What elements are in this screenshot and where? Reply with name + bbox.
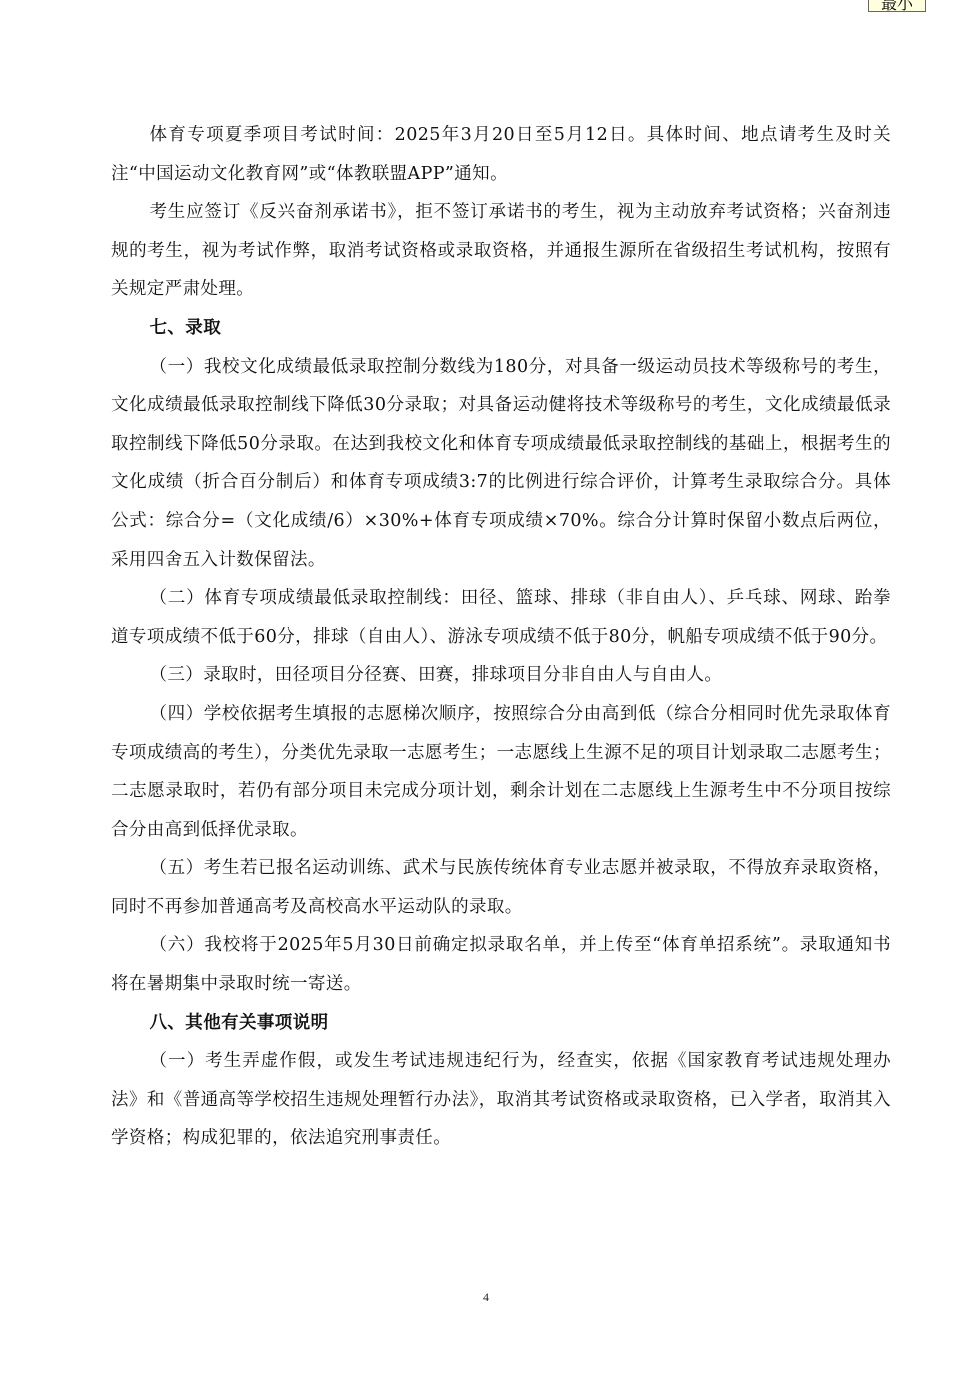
paragraph-other-1: （一）考生弄虚作假，或发生考试违规违纪行为，经查实，依据《国家教育考试违规处理办… <box>111 1042 891 1158</box>
section-heading-other-matters: 八、其他有关事项说明 <box>111 1004 891 1043</box>
paragraph-admission-4: （四）学校依据考生填报的志愿梯次顺序，按照综合分由高到低（综合分相同时优先录取体… <box>111 695 891 849</box>
minimize-button[interactable]: 最小化 <box>868 0 926 12</box>
page-number: 4 <box>0 1290 972 1305</box>
paragraph-admission-6: （六）我校将于2025年5月30日前确定拟录取名单，并上传至“体育单招系统”。录… <box>111 926 891 1003</box>
paragraph-anti-doping: 考生应签订《反兴奋剂承诺书》，拒不签订承诺书的考生，视为主动放弃考试资格；兴奋剂… <box>111 193 891 309</box>
paragraph-admission-2: （二）体育专项成绩最低录取控制线：田径、篮球、排球（非自由人）、乒乓球、网球、跆… <box>111 579 891 656</box>
document-page: 体育专项夏季项目考试时间：2025年3月20日至5月12日。具体时间、地点请考生… <box>111 116 891 1158</box>
paragraph-exam-time: 体育专项夏季项目考试时间：2025年3月20日至5月12日。具体时间、地点请考生… <box>111 116 891 193</box>
paragraph-admission-5: （五）考生若已报名运动训练、武术与民族传统体育专业志愿并被录取，不得放弃录取资格… <box>111 849 891 926</box>
section-heading-admission: 七、录取 <box>111 309 891 348</box>
paragraph-admission-3: （三）录取时，田径项目分径赛、田赛，排球项目分非自由人与自由人。 <box>111 656 891 695</box>
paragraph-admission-1: （一）我校文化成绩最低录取控制分数线为180分，对具备一级运动员技术等级称号的考… <box>111 348 891 580</box>
